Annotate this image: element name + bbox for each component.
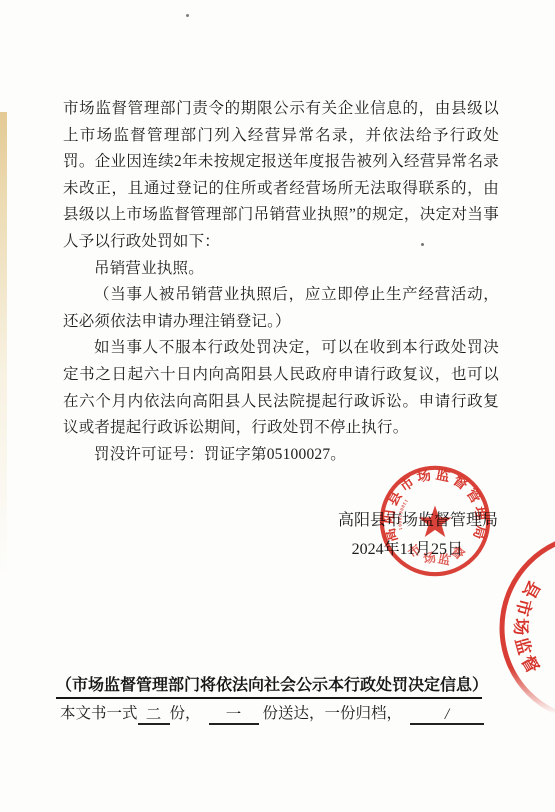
scan-speck	[186, 14, 189, 17]
footer-public-disclosure-notice: （市场监督管理部门将依法向社会公示本行政处罚决定信息）	[56, 672, 482, 699]
copies-count-blank: 二	[138, 706, 170, 725]
partial-seal-arc-text: 县市场监督	[511, 577, 545, 680]
paragraph-deregistration-note: （当事人被吊销营业执照后，应立即停止生产经营活动，还必须依法申请办理注销登记。）	[63, 282, 499, 335]
paragraph-appeal-rights: 如当事人不服本行政处罚决定，可以在收到本行政处罚决定书之日起六十日内向高阳县人民…	[63, 335, 499, 441]
svg-text:县市场监督: 县市场监督	[511, 577, 545, 680]
paragraph-legal-basis: 市场监督管理部门责令的期限公示有关企业信息的，由县级以上市场监督管理部门列入经营…	[63, 96, 499, 256]
paragraph-penalty: 吊销营业执照。	[63, 256, 499, 283]
signature-agency: 高阳县市场监督管理局	[338, 506, 498, 535]
copies-prefix-label: 本文书一式	[60, 705, 138, 722]
signature-block: 高阳县市场监督管理局 2024年11月25日	[338, 506, 498, 564]
archive-blank: /	[410, 706, 484, 725]
copies-unit-label: 份，	[170, 705, 201, 722]
delivery-suffix-label: 份送达，一份归档，	[263, 705, 403, 722]
paragraph-permit-number: 罚没许可证号：罚证字第05100027。	[63, 442, 499, 469]
scan-edge-artifact	[0, 112, 7, 582]
document-body: 市场监督管理部门责令的期限公示有关企业信息的，由县级以上市场监督管理部门列入经营…	[63, 96, 499, 468]
scanned-penalty-document-page: 市场监督管理部门责令的期限公示有关企业信息的，由县级以上市场监督管理部门列入经营…	[0, 0, 555, 812]
partial-seal-ring	[502, 535, 555, 721]
partial-official-seal: 县市场监督	[495, 528, 555, 728]
delivery-count-blank: 一	[209, 706, 259, 725]
footer-copies-line: 本文书一式二份，一份送达，一份归档，/	[60, 701, 500, 723]
signature-date: 2024年11月25日	[338, 535, 463, 564]
